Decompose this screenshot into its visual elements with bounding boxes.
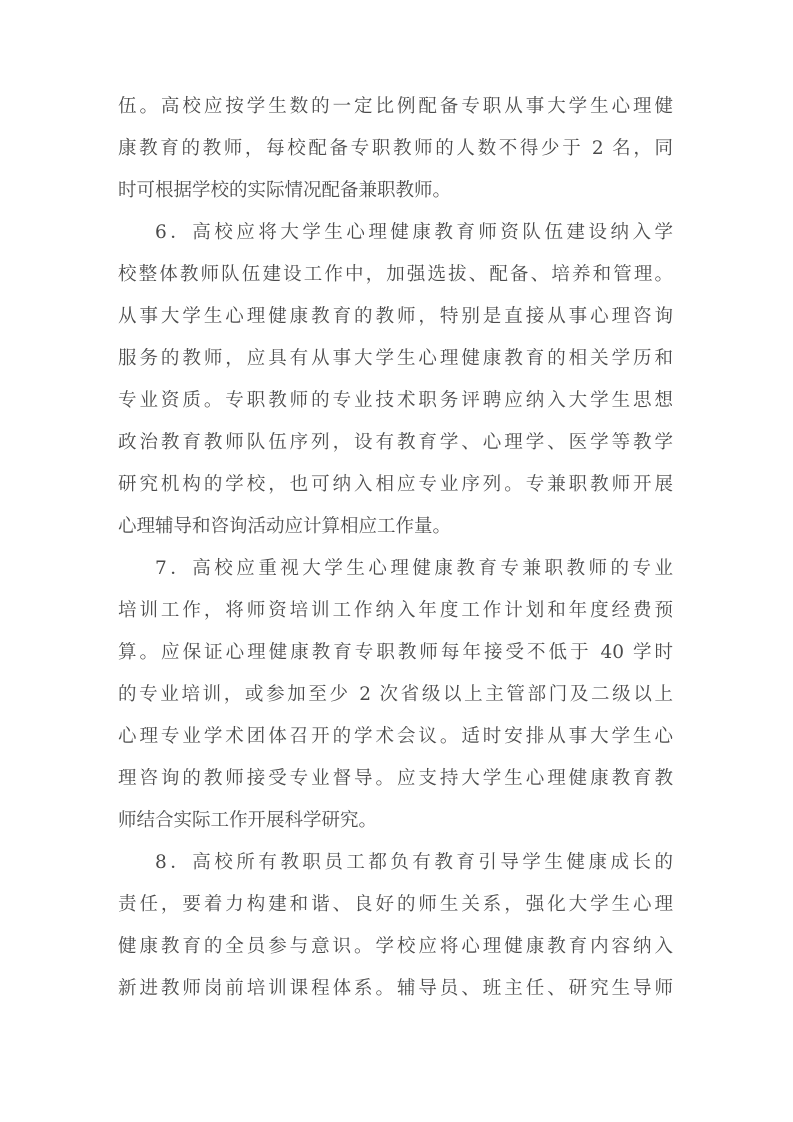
text-line: 的专业培训，或参加至少 2 次省级以上主管部门及二级以上	[118, 674, 673, 716]
text-line: 伍。高校应按学生数的一定比例配备专职从事大学生心理健	[118, 86, 673, 128]
paragraph-7: 7．高校应重视大学生心理健康教育专兼职教师的专业 培训工作，将师资培训工作纳入年…	[118, 548, 673, 842]
text-line: 6．高校应将大学生心理健康教育师资队伍建设纳入学	[118, 212, 673, 254]
text-line: 培训工作，将师资培训工作纳入年度工作计划和年度经费预	[118, 590, 673, 632]
text-line: 心理专业学术团体召开的学术会议。适时安排从事大学生心	[118, 716, 673, 758]
paragraph-5-tail: 伍。高校应按学生数的一定比例配备专职从事大学生心理健 康教育的教师，每校配备专职…	[118, 86, 673, 212]
text-line: 新进教师岗前培训课程体系。辅导员、班主任、研究生导师	[118, 968, 673, 1010]
text-line: 责任，要着力构建和谐、良好的师生关系，强化大学生心理	[118, 884, 673, 926]
text-line: 服务的教师，应具有从事大学生心理健康教育的相关学历和	[118, 338, 673, 380]
text-line: 心理辅导和咨询活动应计算相应工作量。	[118, 506, 673, 548]
text-line: 师结合实际工作开展科学研究。	[118, 800, 673, 842]
text-line: 理咨询的教师接受专业督导。应支持大学生心理健康教育教	[118, 758, 673, 800]
document-page: 伍。高校应按学生数的一定比例配备专职从事大学生心理健 康教育的教师，每校配备专职…	[118, 86, 673, 1010]
text-line: 从事大学生心理健康教育的教师，特别是直接从事心理咨询	[118, 296, 673, 338]
text-line: 校整体教师队伍建设工作中，加强选拔、配备、培养和管理。	[118, 254, 673, 296]
text-line: 政治教育教师队伍序列，设有教育学、心理学、医学等教学	[118, 422, 673, 464]
text-line: 专业资质。专职教师的专业技术职务评聘应纳入大学生思想	[118, 380, 673, 422]
paragraph-8: 8．高校所有教职员工都负有教育引导学生健康成长的 责任，要着力构建和谐、良好的师…	[118, 842, 673, 1010]
paragraph-6: 6．高校应将大学生心理健康教育师资队伍建设纳入学 校整体教师队伍建设工作中，加强…	[118, 212, 673, 548]
text-line: 健康教育的全员参与意识。学校应将心理健康教育内容纳入	[118, 926, 673, 968]
text-line: 8．高校所有教职员工都负有教育引导学生健康成长的	[118, 842, 673, 884]
text-line: 算。应保证心理健康教育专职教师每年接受不低于 40 学时	[118, 632, 673, 674]
text-line: 7．高校应重视大学生心理健康教育专兼职教师的专业	[118, 548, 673, 590]
text-line: 康教育的教师，每校配备专职教师的人数不得少于 2 名，同	[118, 128, 673, 170]
text-line: 时可根据学校的实际情况配备兼职教师。	[118, 170, 673, 212]
text-line: 研究机构的学校，也可纳入相应专业序列。专兼职教师开展	[118, 464, 673, 506]
